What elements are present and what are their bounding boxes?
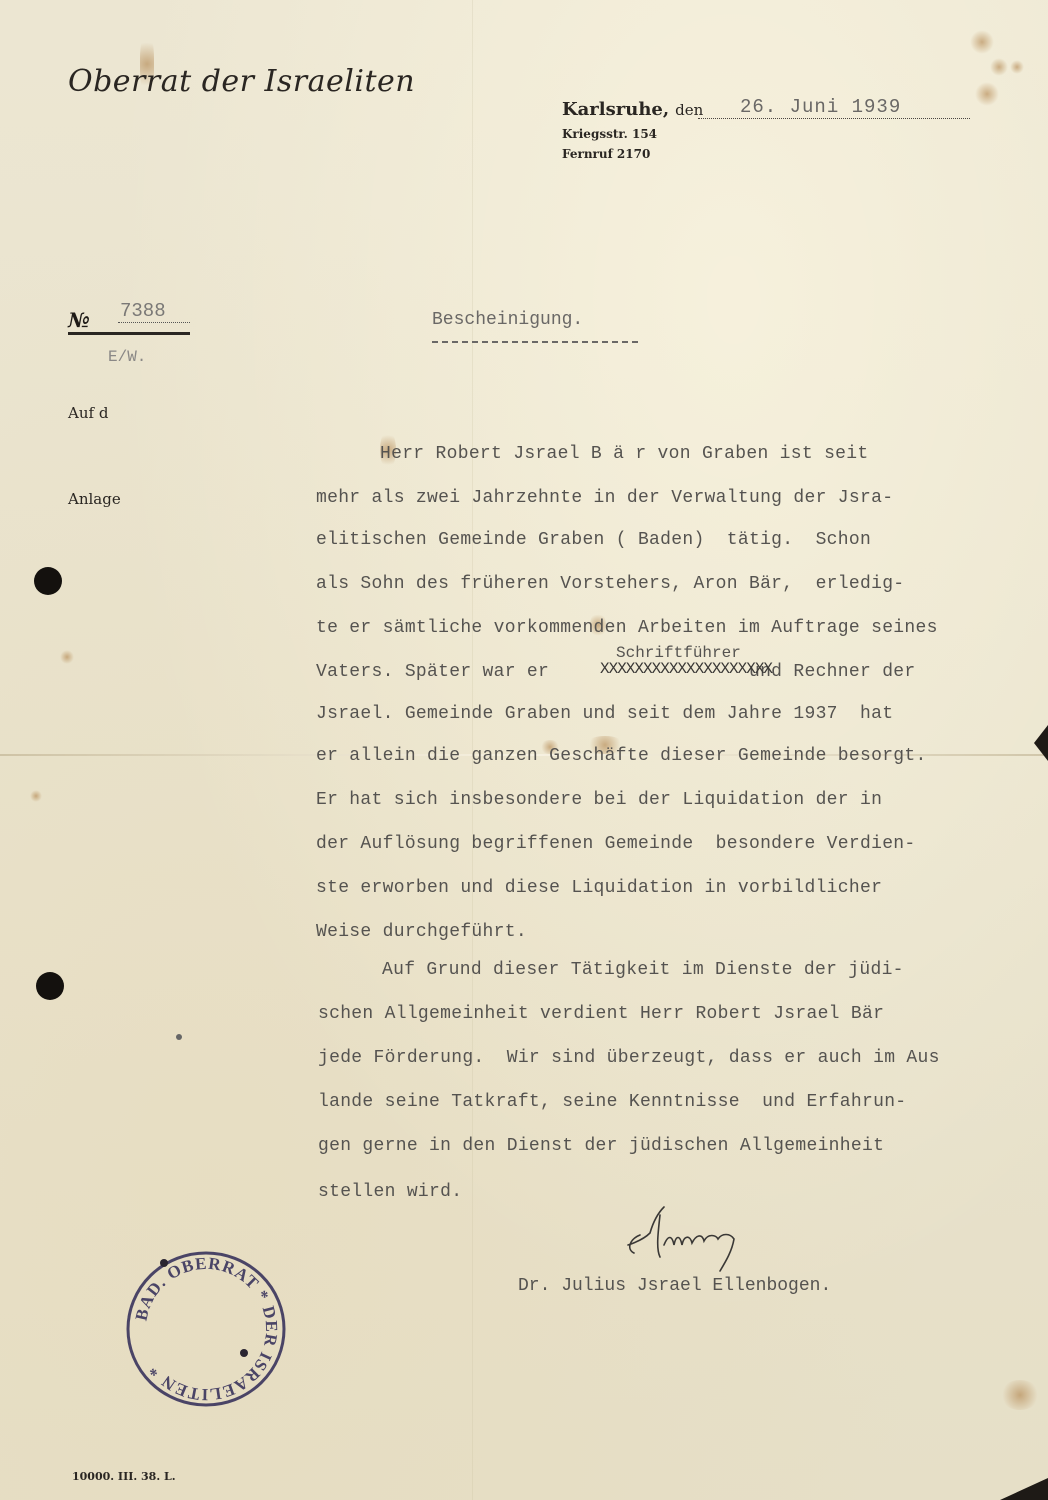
edge-tear — [1034, 725, 1048, 761]
body-line: er allein die ganzen Geschäfte dieser Ge… — [316, 746, 927, 766]
corner-tear — [1000, 1478, 1048, 1500]
organization-name: Oberrat der Israeliten — [68, 64, 415, 99]
rust-stain — [1000, 1380, 1040, 1410]
address-phone: Fernruf 2170 — [562, 144, 657, 164]
date-value: 26. Juni 1939 — [740, 96, 901, 118]
city-name: Karlsruhe, — [562, 99, 669, 120]
place-date-line: Karlsruhe,den — [562, 99, 703, 120]
rust-stain — [60, 650, 74, 664]
document-title: Bescheinigung. — [432, 310, 583, 330]
punch-hole — [36, 972, 64, 1000]
address-street: Kriegsstr. 154 — [562, 124, 657, 144]
handwritten-signature — [620, 1205, 780, 1275]
punch-hole — [34, 567, 62, 595]
auf-label: Auf d — [68, 404, 108, 422]
address-block: Kriegsstr. 154 Fernruf 2170 — [562, 124, 657, 164]
body-line: Auf Grund dieser Tätigkeit im Dienste de… — [382, 960, 904, 980]
body-line: jede Förderung. Wir sind überzeugt, dass… — [318, 1048, 940, 1068]
title-underline — [432, 341, 638, 343]
rust-stain — [990, 58, 1008, 76]
body-line: mehr als zwei Jahrzehnte in der Verwaltu… — [316, 488, 893, 508]
body-line: Jsrael. Gemeinde Graben und seit dem Jah… — [316, 704, 893, 724]
body-line: ste erworben und diese Liquidation in vo… — [316, 878, 882, 898]
struck-out-word: XXXXXXXXXXXXXXXXXXXX — [600, 660, 792, 676]
ink-dot — [176, 1034, 182, 1040]
rust-stain — [30, 790, 42, 802]
body-line: te er sämtliche vorkommenden Arbeiten im… — [316, 618, 938, 638]
document-page: Oberrat der Israeliten Karlsruhe,den 26.… — [0, 0, 1048, 1500]
official-seal-stamp: BAD. OBERRAT * DER ISRAELITEN * — [124, 1249, 288, 1409]
body-line: lande seine Tatkraft, seine Kenntnisse u… — [318, 1092, 906, 1112]
body-line: stellen wird. — [318, 1182, 462, 1202]
printer-mark: 10000. III. 38. L. — [72, 1470, 176, 1483]
body-line: schen Allgemeinheit verdient Herr Robert… — [318, 1004, 884, 1024]
body-line: Weise durchgeführt. — [316, 922, 527, 942]
body-line: Herr Robert Jsrael B ä r von Graben ist … — [380, 444, 868, 464]
reference-number: 7388 — [120, 300, 166, 322]
body-line: gen gerne in den Dienst der jüdischen Al… — [318, 1136, 884, 1156]
body-line: als Sohn des früheren Vorstehers, Aron B… — [316, 574, 904, 594]
body-line: Er hat sich insbesondere bei der Liquida… — [316, 790, 882, 810]
rust-stain — [1010, 60, 1024, 74]
rust-stain — [975, 82, 999, 106]
number-dotted-line — [118, 322, 190, 323]
body-line: der Auflösung begriffenen Gemeinde beson… — [316, 834, 916, 854]
number-sign: № — [68, 308, 90, 332]
rust-stain — [970, 30, 994, 54]
svg-text:BAD. OBERRAT * DER ISRAELITEN: BAD. OBERRAT * DER ISRAELITEN * — [132, 1254, 282, 1404]
signer-name: Dr. Julius Jsrael Ellenbogen. — [518, 1276, 831, 1296]
anlage-label: Anlage — [68, 490, 121, 508]
body-line: elitischen Gemeinde Graben ( Baden) täti… — [316, 530, 871, 550]
number-rule — [68, 332, 190, 335]
reference-initials: E/W. — [108, 348, 146, 366]
